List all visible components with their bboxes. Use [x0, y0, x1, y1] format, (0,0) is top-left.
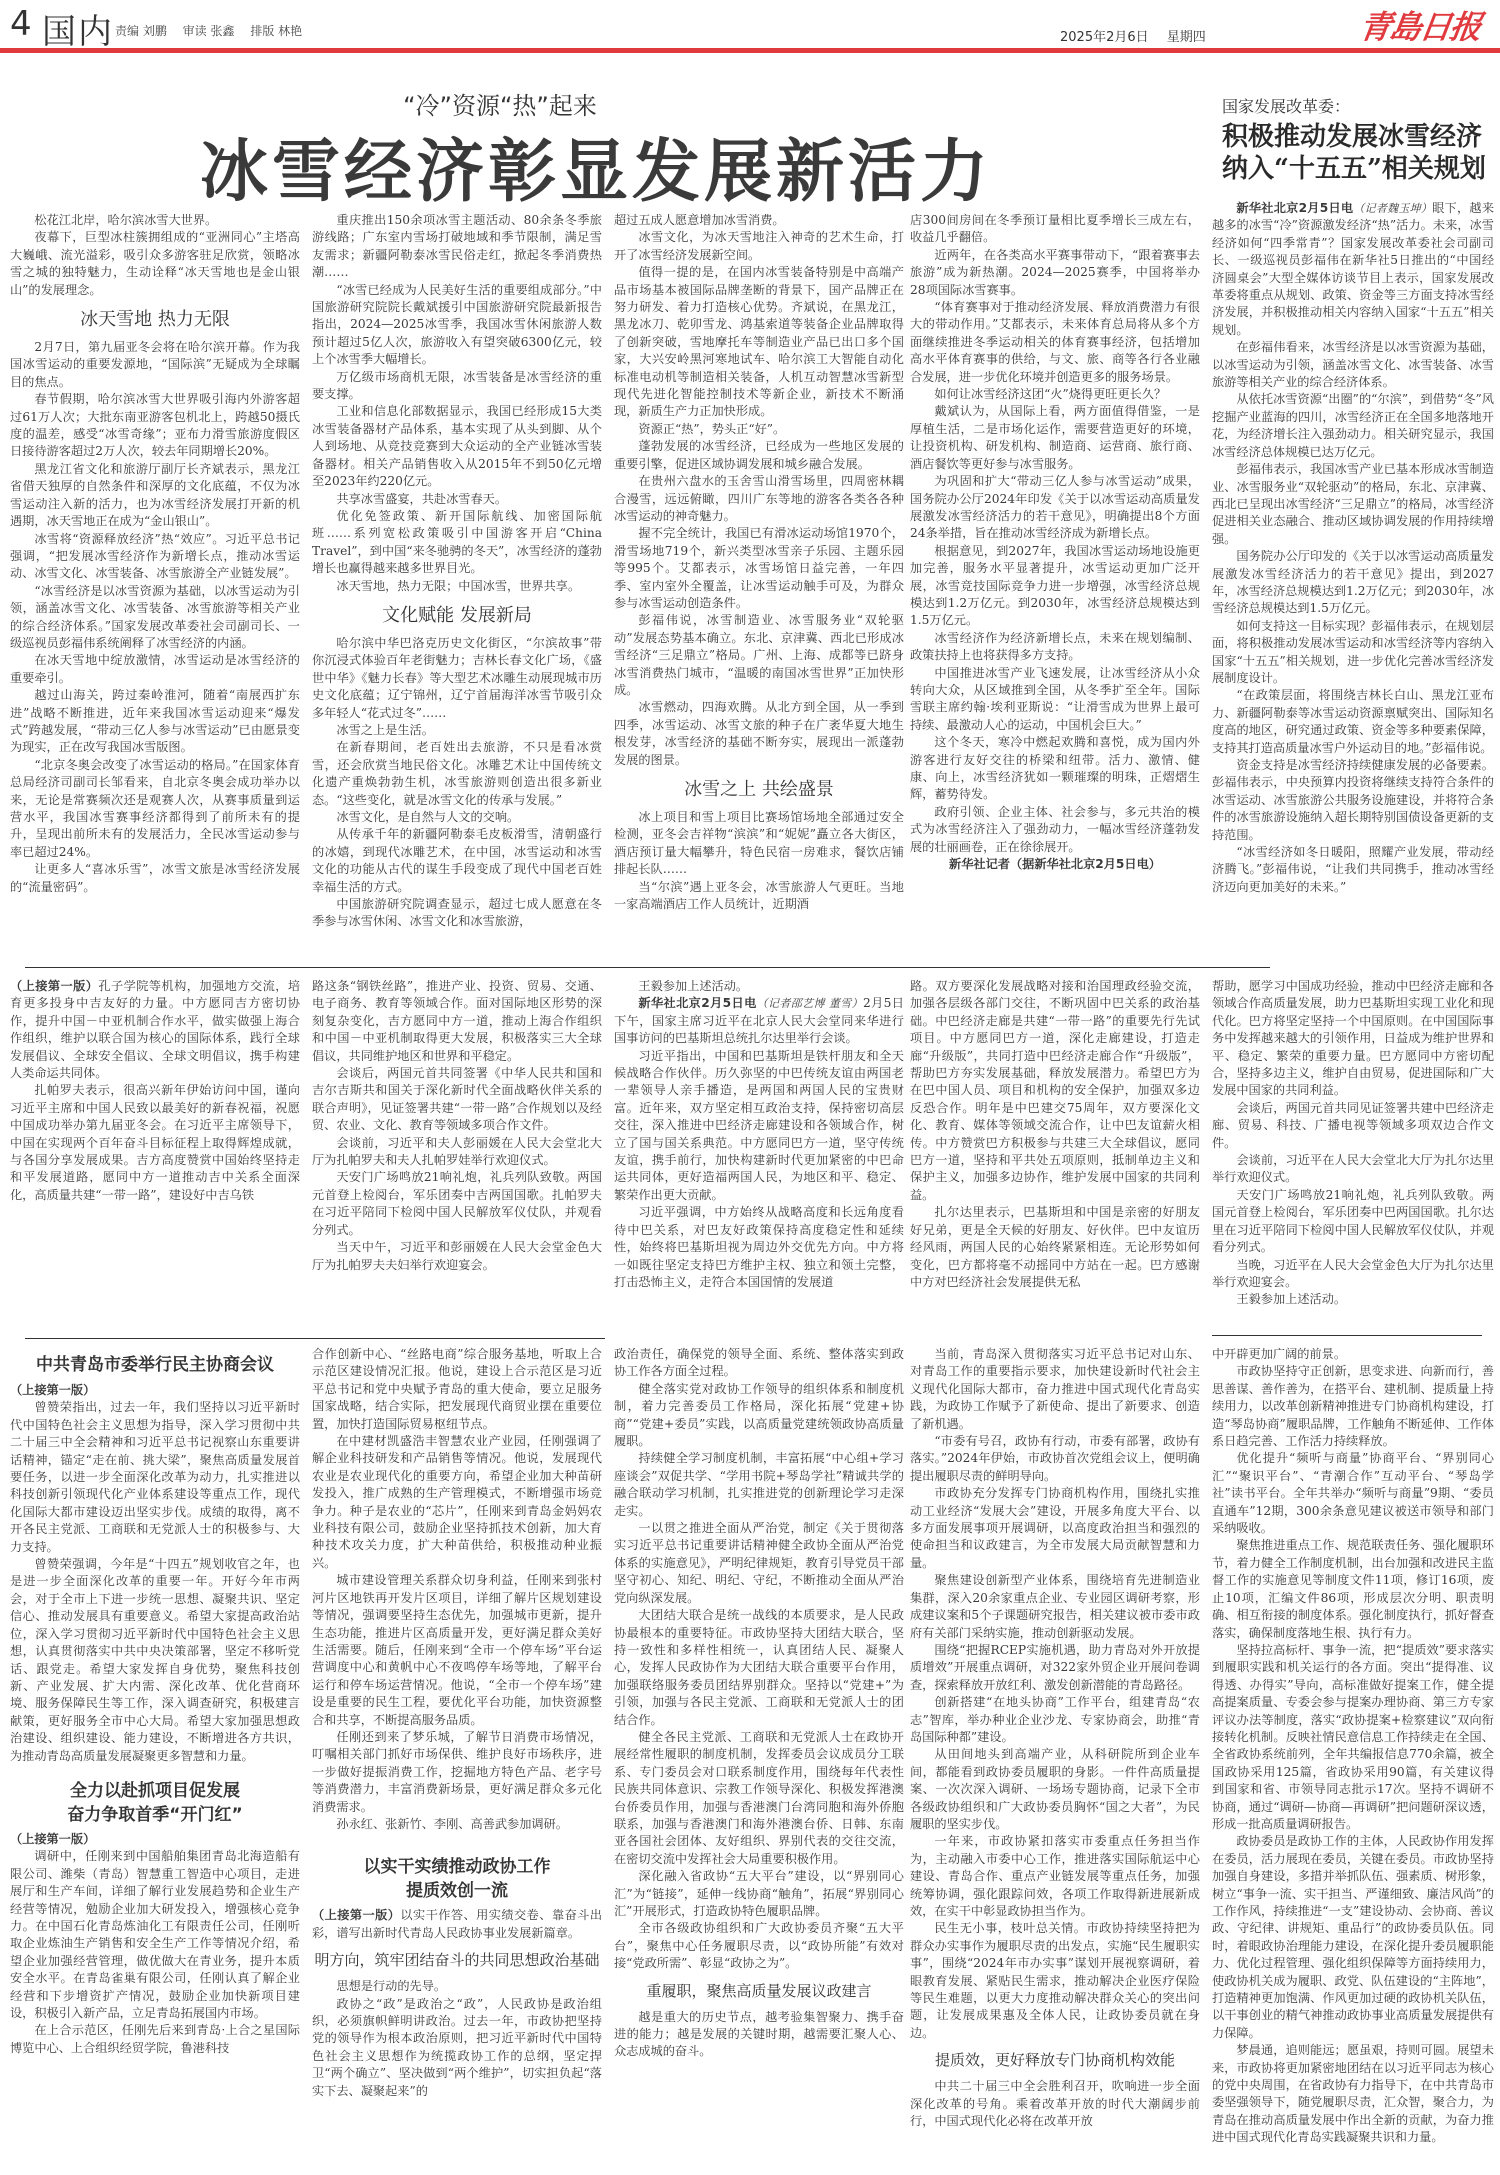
- subheading: 冰天雪地 热力无限: [10, 307, 300, 333]
- paragraph: 店300间房间在冬季预订量相比夏季增长三成左右，收益几乎翻倍。: [910, 212, 1200, 247]
- paragraph: 在新春期间，老百姓出去旅游，不只是看冰赏雪，还会欣赏当地民俗文化。冰雕艺术让中国…: [312, 739, 602, 809]
- paragraph: 中开辟更加广阔的前景。: [1212, 1346, 1494, 1363]
- paragraph: 哈尔滨中华巴洛克历史文化街区，“尔滨故事”带你沉浸式体验百年老街魅力；吉林长春文…: [312, 635, 602, 722]
- main-col-3: 超过五成人愿意增加冰雪消费。 冰雪文化，为冰天雪地注入神奇的艺术生命，打开了冰雪…: [614, 212, 904, 957]
- paragraph: “体育赛事对于推动经济发展、释放消费潜力有很大的带动作用。”艾都表示，未来体育总…: [910, 299, 1200, 386]
- masthead-red-rule: [0, 48, 1500, 53]
- main-col-1: 松花江北岸，哈尔滨冰雪大世界。 夜幕下，巨型冰柱簇拥组成的“亚洲同心”主塔高大巍…: [10, 212, 300, 957]
- section-divider: [25, 967, 1270, 968]
- paragraph: 从依托冰雪资源“出圈”的“尔滨”，到借势“冬”风挖掘产业蓝海的四川，冰雪经济正在…: [1212, 391, 1494, 461]
- paragraph: 值得一提的是，在国内冰雪装备特别是中高端产品市场基本被国际品牌垄断的背景下，国产…: [614, 264, 904, 421]
- main-col-4: 店300间房间在冬季预订量相比夏季增长三成左右，收益几乎翻倍。 近两年，在各类高…: [910, 212, 1200, 957]
- weekday-text: 星期四: [1167, 30, 1206, 45]
- paragraph: 聚焦建设创新型产业体系，围绕培育先进制造业集群，深入20余家重点企业、专业园区调…: [910, 1572, 1200, 1642]
- title-line: 提质效创一流: [312, 1879, 602, 1903]
- paragraph: 为巩固和扩大“带动三亿人参与冰雪运动”成果，国务院办公厅2024年印发《关于以冰…: [910, 473, 1200, 543]
- paragraph: 天安门广场鸣放21响礼炮，礼兵列队致敬。两国元首登上检阅台，军乐团奏中巴两国国歌…: [1212, 1187, 1494, 1257]
- paragraph: 围绕“把握RCEP实施机遇，助力青岛对外开放提质增效”开展重点调研，对322家外…: [910, 1642, 1200, 1694]
- paragraph: 路这条“钢铁丝路”，推进产业、投资、贸易、交通、电子商务、教育等领域合作。面对国…: [312, 978, 602, 1065]
- diplomacy-col-3: 王毅参加上述活动。 新华社北京2月5日电（记者邵艺博 董雪）2月5日下午，国家主…: [614, 978, 904, 1318]
- paragraph: 越过山海关，跨过秦岭淮河，随着“南展西扩东进”战略不断推进，近年来我国冰雪运动迎…: [10, 687, 300, 757]
- paragraph: 冰雪燃动，四海欢腾。从北方到全国，从一季到四季，冰雪运动、冰雪文旅的种子在广袤华…: [614, 699, 904, 769]
- paragraph: 会谈后，两国元首共同见证签署共建中巴经济走廊、贸易、科技、广播电视等领域多项双边…: [1212, 1100, 1494, 1152]
- paragraph: 优化免签政策、新开国际航线、加密国际航班……系列宽松政策吸引中国游客开启“Chi…: [312, 508, 602, 578]
- paragraph: 彭福伟表示，我国冰雪产业已基本形成冰雪制造业、冰雪服务业“双轮驱动”的格局，东北…: [1212, 461, 1494, 548]
- side-kicker: 国家发展改革委：: [1222, 94, 1492, 117]
- paragraph: 合作创新中心、“丝路电商”综合服务基地，听取上合示范区建设情况汇报。他说，建设上…: [312, 1346, 602, 1433]
- paragraph: 松花江北岸，哈尔滨冰雪大世界。: [10, 212, 300, 229]
- paragraph: 市政协充分发挥专门协商机构作用，围绕扎实推动工业经济“发展大会”建设，开展多角度…: [910, 1485, 1200, 1572]
- side-title-line2: 纳入“十五五”相关规划: [1222, 153, 1492, 185]
- paragraph: 任刚还到来了梦乐城，了解节日消费市场情况，叮嘱相关部门抓好市场保供、维护良好市场…: [312, 1729, 602, 1816]
- paragraph: “冰雪经济是以冰雪资源为基础，以冰雪运动为引领，涵盖冰雪文化、冰雪装备、冰雪旅游…: [10, 583, 300, 653]
- paragraph: 当晚，习近平在人民大会堂金色大厅为扎尔达里举行欢迎宴会。: [1212, 1257, 1494, 1292]
- paragraph: 王毅参加上述活动。: [1212, 1291, 1494, 1308]
- paragraph: 调研中，任刚来到中国船舶集团青岛北海造船有限公司、潍柴（青岛）智慧重工智造中心项…: [10, 1848, 300, 2022]
- continued-label: （上接第一版）: [312, 1908, 400, 1922]
- local-col-2: 合作创新中心、“丝路电商”综合服务基地，听取上合示范区建设情况汇报。他说，建设上…: [312, 1346, 602, 2175]
- paragraph: 思想是行动的先导。: [312, 1978, 602, 1995]
- paragraph: 会谈前，习近平和夫人彭丽媛在人民大会堂北大厅为扎帕罗夫和夫人扎帕罗娃举行欢迎仪式…: [312, 1135, 602, 1170]
- side-story-header: 国家发展改革委： 积极推动发展冰雪经济 纳入“十五五”相关规划: [1222, 94, 1492, 185]
- date-text: 2025年2月6日: [1060, 30, 1149, 45]
- title-line: 以实干实绩推动政协工作: [312, 1855, 602, 1879]
- main-headline: 冰雪经济彰显发展新活力: [200, 118, 980, 215]
- local-col-4: 当前，青岛深入贯彻落实习近平总书记对山东、对青岛工作的重要指示要求，加快建设新时…: [910, 1346, 1200, 2175]
- credit-layout: 排版 林艳: [250, 24, 302, 38]
- paragraph: 孙永红、张新竹、李刚、高善武参加调研。: [312, 1816, 602, 1833]
- paragraph: 中国推进冰雪产业飞速发展，让冰雪经济从小众转向大众，从区域推到全国，从冬季扩至全…: [910, 665, 1200, 735]
- story-signoff: 新华社记者（据新华社北京2月5日电）: [910, 856, 1200, 873]
- paragraph: 在中建材凯盛浩丰智慧农业产业园，任刚强调了解企业科技研发和产品销售等情况。他说，…: [312, 1433, 602, 1572]
- paragraph: 戴斌认为，从国际上看，两方面值得借鉴，一是厚植生活，二是市场化运作，需要营造更好…: [910, 403, 1200, 473]
- title-line: 全力以赴抓项目促发展: [10, 1779, 300, 1803]
- main-col-2: 重庆推出150余项冰雪主题活动、80余条冬季旅游线路；广东室内雪场打破地域和季节…: [312, 212, 602, 957]
- subheading: 文化赋能 发展新局: [312, 603, 602, 629]
- paragraph: 握不完全统计，我国已有滑冰运动场馆1970个，滑雪场地719个，新兴类型冰雪亲子…: [614, 525, 904, 612]
- paragraph: “北京冬奥会改变了冰雪运动的格局。”在国家体育总局经济司副司长邹看来，自北京冬奥…: [10, 757, 300, 861]
- issue-date: 2025年2月6日 星期四: [1060, 26, 1220, 45]
- dateline: 新华社北京2月5日电: [638, 996, 756, 1010]
- continued-label: （上接第一版）: [10, 1831, 300, 1848]
- paragraph: （上接第一版）以实干作答、用实绩交卷、靠奋斗出彩，谱写出新时代青岛人民政协事业发…: [312, 1907, 602, 1942]
- paragraph: （上接第一版）孔子学院等机构，加强地方交流，培育更多投身中吉友好的力量。中方愿同…: [10, 978, 300, 1082]
- subheading: 提质效，更好释放专门协商机构效能: [910, 2048, 1200, 2072]
- paragraph: 夜幕下，巨型冰柱簇拥组成的“亚洲同心”主塔高大巍峨、流光溢彩，吸引众多游客驻足欣…: [10, 229, 300, 299]
- paragraph: 健全各民主党派、工商联和无党派人士在政协开展经常性履职的制度机制，发挥委员会议成…: [614, 1729, 904, 1868]
- paragraph: 创新搭建“在地头协商”工作平台，组建青岛“农志”智库，举办种业企业沙龙、专家协商…: [910, 1694, 1200, 1746]
- subheading: 重履职，聚焦高质量发展议政建言: [614, 1979, 904, 2003]
- paragraph: 工业和信息化部数据显示，我国已经形成15大类冰雪装备器材产品体系，基本实现了从头…: [312, 403, 602, 490]
- paragraph: 天安门广场鸣放21响礼炮，礼兵列队致敬。两国元首登上检阅台，军乐团奏中吉两国国歌…: [312, 1169, 602, 1239]
- paragraph: 重庆推出150余项冰雪主题活动、80余条冬季旅游线路；广东室内雪场打破地域和季节…: [312, 212, 602, 282]
- paragraph: 会谈后，两国元首共同签署《中华人民共和国和吉尔吉斯共和国关于深化新时代全面战略伙…: [312, 1065, 602, 1135]
- paragraph: “冰雪经济如冬日暖阳，照耀产业发展，带动经济腾飞。”彭福伟说，“让我们共同携手，…: [1212, 844, 1494, 896]
- paragraph: 超过五成人愿意增加冰雪消费。: [614, 212, 904, 229]
- paragraph: 政协之“政”是政治之“政”，人民政协是政治组织，必须旗帜鲜明讲政治。过去一年，市…: [312, 1996, 602, 2100]
- paragraph: 冰雪经济作为经济新增长点，未来在规划编制、政策扶持上也将获得多方支持。: [910, 630, 1200, 665]
- paragraph: 深化融入省政协“五大平台”建设，以“界别同心汇”为“链接”，延伸一线协商“触角”…: [614, 1868, 904, 1920]
- paragraph: 共享冰雪盛宴，共赴冰雪春天。: [312, 491, 602, 508]
- paragraph: 政治责任，确保党的领导全面、系统、整体落实到政协工作各方面全过程。: [614, 1346, 904, 1381]
- lead-text: 眼下，越来越多的冰雪“冷”资源激发经济“热”活力。未来，冰雪经济如何“四季常青”…: [1212, 201, 1494, 337]
- paragraph: 2月7日，第九届亚冬会将在哈尔滨开幕。作为我国冰雪运动的重要发源地，“国际滨”无…: [10, 339, 300, 391]
- local-col-3: 政治责任，确保党的领导全面、系统、整体落实到政协工作各方面全过程。 健全落实党对…: [614, 1346, 904, 2175]
- paragraph: 市政协坚持守正创新，思变求进、向新而行，善思善谋、善作善为，在搭平台、建机制、提…: [1212, 1363, 1494, 1450]
- paragraph: 彭福伟说，冰雪制造业、冰雪服务业“双轮驱动”发展态势基本确立。东北、京津冀、西北…: [614, 612, 904, 699]
- paragraph: 越是重大的历史节点，越考验集智聚力、携手奋进的能力；越是发展的关键时期，越需要汇…: [614, 2009, 904, 2061]
- reporter: （记者邵艺博 董雪）: [757, 997, 863, 1010]
- paragraph: 王毅参加上述活动。: [614, 978, 904, 995]
- paragraph: 会谈前，习近平在人民大会堂北大厅为扎尔达里举行欢迎仪式。: [1212, 1152, 1494, 1187]
- paragraph: 城市建设管理关系群众切身利益，任刚来到张村河片区地铁再开发片区项目，详细了解片区…: [312, 1572, 602, 1729]
- paragraph: “市委有号召，政协有行动，市委有部署，政协有落实。”2024年伊始，市政协首次党…: [910, 1433, 1200, 1485]
- paragraph: 如何支持这一目标实现？彭福伟表示，在规划层面，将积极推动发展冰雪运动和冰雪经济等…: [1212, 618, 1494, 688]
- paragraph: 帮助，愿学习中国成功经验，推动中巴经济走廊和各领域合作高质量发展，助力巴基斯坦实…: [1212, 978, 1494, 1100]
- side-title-line1: 积极推动发展冰雪经济: [1222, 121, 1492, 153]
- paragraph: 全市各级政协组织和广大政协委员齐聚“五大平台”，聚焦中心任务履职尽责，以“政协所…: [614, 1920, 904, 1972]
- masthead: 4 国内 责编 刘鹏 审读 张鑫 排版 林艳 2025年2月6日 星期四 青島日…: [0, 0, 1500, 52]
- paragraph: 根据意见，到2027年，我国冰雪运动场地设施更加完善，服务水平显著提升，冰雪运动…: [910, 543, 1200, 630]
- continued-label: （上接第一版）: [10, 1382, 300, 1399]
- paragraph: 在冰天雪地中绽放激情，冰雪运动是冰雪经济的重要牵引。: [10, 652, 300, 687]
- credit-editor: 责编 刘鹏: [115, 24, 167, 38]
- paragraph: 梦晨通，追则能远；愿虽艰，持则可圆。展望未来，市政协将更加紧密地团结在以习近平同…: [1212, 2042, 1494, 2146]
- paragraph: 冰雪文化，是自然与人文的交响。: [312, 809, 602, 826]
- subheading: 明方向，筑牢团结奋斗的共同思想政治基础: [312, 1948, 602, 1972]
- paragraph: 一以贯之推进全面从严治党，制定《关于贯彻落实习近平总书记重要讲话精神健全政协全面…: [614, 1520, 904, 1607]
- paragraph-text: 孔子学院等机构，加强地方交流，培育更多投身中吉友好的力量。中方愿同吉方密切协作，…: [10, 979, 300, 1080]
- side-story-column: 新华社北京2月5日电（记者魏玉坤）眼下，越来越多的冰雪“冷”资源激发经济“热”活…: [1212, 200, 1494, 960]
- paragraph: 优化提升“频听与商量”协商平台、“界别同心汇”“聚识平台”、“青潮合作”互动平台…: [1212, 1450, 1494, 1537]
- paragraph: 习近平强调，中方始终从战略高度和长远角度看待中巴关系，对巴友好政策保持高度稳定性…: [614, 1204, 904, 1291]
- paragraph: 冰雪将“资源释放经济”热“效应”。习近平总书记强调，“把发展冰雪经济作为新增长点…: [10, 531, 300, 583]
- main-kicker: “冷”资源“热”起来: [200, 86, 800, 121]
- paragraph: 民生无小事，枝叶总关情。市政协持续坚持把为群众办实事作为履职尽责的出发点，实施“…: [910, 1920, 1200, 2042]
- paragraph: 冰天雪地，热力无限；中国冰雪，世界共享。: [312, 578, 602, 595]
- paragraph: 聚焦推进重点工作、规范联责任务、强化履职环节，着力健全工作制度机制，出台加强和改…: [1212, 1537, 1494, 1641]
- paragraph: 当“尔滨”遇上亚冬会，冰雪旅游人气更旺。当地一家高端酒店工作人员统计，近期酒: [614, 879, 904, 914]
- paragraph: 万亿级市场商机无限，冰雪装备是冰雪经济的重要支撑。: [312, 369, 602, 404]
- credit-proofreader: 审读 张鑫: [183, 24, 235, 38]
- side-lead-paragraph: 新华社北京2月5日电（记者魏玉坤）眼下，越来越多的冰雪“冷”资源激发经济“热”活…: [1212, 200, 1494, 339]
- paragraph: 中国旅游研究院调查显示，超过七成人愿意在冬季参与冰雪休闲、冰雪文化和冰雪旅游，: [312, 896, 602, 931]
- subheading: 冰雪之上 共绘盛景: [614, 777, 904, 803]
- paragraph: 健全落实党对政协工作领导的组织体系和制度机制，着力完善委员工作格局，深化拓展“党…: [614, 1381, 904, 1451]
- paragraph: “冰雪已经成为人民美好生活的重要组成部分。”中国旅游研究院院长戴斌援引中国旅游研…: [312, 282, 602, 369]
- paragraph: 持续健全学习制度机制，丰富拓展“中心组+学习座谈会”双促共学、“学用书院+琴岛学…: [614, 1450, 904, 1520]
- paragraph: 资金支持是冰雪经济持续健康发展的必备要素。彭福伟表示，中央预算内投资将继续支持符…: [1212, 757, 1494, 844]
- paragraph: 扎帕罗夫表示，很高兴新年伊始访问中国，谨向习近平主席和中国人民致以最美好的新春祝…: [10, 1082, 300, 1204]
- paragraph: 中共二十届三中全会胜利召开，吹响进一步全面深化改革的号角。乘着改革开放的时代大潮…: [910, 2078, 1200, 2130]
- paragraph: 蓬勃发展的冰雪经济，已经成为一些地区发展的重要引擎，促进区域协调发展和城乡融合发…: [614, 438, 904, 473]
- editor-credits: 责编 刘鹏 审读 张鑫 排版 林艳: [115, 22, 314, 39]
- paragraph: 冰上项目和雪上项目比赛场馆场地全部通过安全检测，亚冬会吉祥物“滨滨”和“妮妮”矗…: [614, 809, 904, 879]
- paragraph: 让更多人“喜冰乐雪”，冰雪文旅是冰雪经济发展的“流量密码”。: [10, 861, 300, 896]
- paragraph: 在贵州六盘水的玉舍雪山滑雪场里，四周密林耦合漫雪，远远俯瞰，四川广东等地的游客各…: [614, 473, 904, 525]
- title-line: 奋力争取首季“开门红”: [10, 1803, 300, 1827]
- paragraph: 从田间地头到高端产业，从科研院所到企业车间，都能看到政协委员履职的身影。一件件高…: [910, 1746, 1200, 1833]
- section-divider: [25, 1338, 605, 1339]
- continued-label: （上接第一版）: [10, 979, 98, 993]
- paragraph: 一年来，市政协紧扣落实市委重点任务担当作为，主动融入市委中心工作，推进落实国际航…: [910, 1833, 1200, 1920]
- paragraph: 扎尔达里表示，巴基斯坦和中国是亲密的好朋友好兄弟，更是全天候的好朋友、好伙伴。巴…: [910, 1204, 1200, 1291]
- article-title-cppcc: 以实干实绩推动政协工作 提质效创一流: [312, 1855, 602, 1903]
- paragraph: 坚持拉高标杆、事争一流，把“提质效”要求落实到履职实践和机关运行的各方面。突出“…: [1212, 1642, 1494, 1833]
- diplomacy-col-1: （上接第一版）孔子学院等机构，加强地方交流，培育更多投身中吉友好的力量。中方愿同…: [10, 978, 300, 1318]
- paragraph: 冰雪文化，为冰天雪地注入神奇的艺术生命，打开了冰雪经济发展新空间。: [614, 229, 904, 264]
- paragraph: 在彭福伟看来，冰雪经济是以冰雪资源为基础，以冰雪运动为引领，涵盖冰雪文化、冰雪装…: [1212, 339, 1494, 391]
- paragraph: 政府引领、企业主体、社会参与，多元共治的模式为冰雪经济注入了强劲动力，一幅冰雪经…: [910, 804, 1200, 856]
- article-title-democratic-consultation: 中共青岛市委举行民主协商会议: [10, 1352, 300, 1378]
- diplomacy-col-2: 路这条“钢铁丝路”，推进产业、投资、贸易、交通、电子商务、教育等领域合作。面对国…: [312, 978, 602, 1318]
- paragraph: 这个冬天，寒冷中燃起欢腾和喜悦，成为国内外游客进行友好交往的桥梁和纽带。活力、激…: [910, 734, 1200, 804]
- paragraph: 当天中午，习近平和彭丽媛在人民大会堂金色大厅为扎帕罗夫夫妇举行欢迎宴会。: [312, 1239, 602, 1274]
- paragraph: 新华社北京2月5日电（记者邵艺博 董雪）2月5日下午，国家主席习近平在北京人民大…: [614, 995, 904, 1047]
- paragraph: 习近平指出，中国和巴基斯坦是铁杆朋友和全天候战略合作伙伴。历久弥坚的中巴传统友谊…: [614, 1048, 904, 1205]
- paragraph: 资源正“热”，势头正“好”。: [614, 421, 904, 438]
- paragraph: 当前，青岛深入贯彻落实习近平总书记对山东、对青岛工作的重要指示要求，加快建设新时…: [910, 1346, 1200, 1433]
- paragraph: 政协委员是政协工作的主体，人民政协作用发挥在委员，活力展现在委员，关键在委员。市…: [1212, 1833, 1494, 2042]
- section-divider: [1212, 1335, 1482, 1336]
- paragraph: 如何让冰雪经济这团“火”烧得更旺更长久？: [910, 386, 1200, 403]
- paragraph: 黑龙江省文化和旅游厅副厅长齐斌表示，黑龙江省借天独厚的自然条件和深厚的文化底蕴，…: [10, 461, 300, 531]
- paragraph: 大团结大联合是统一战线的本质要求，是人民政协最根本的重要特征。市政协坚持大团结大…: [614, 1607, 904, 1729]
- diplomacy-col-4: 路。双方要深化发展战略对接和治国理政经验交流，加强各层级各部门交往，不断巩固中巴…: [910, 978, 1200, 1318]
- paragraph: “在政策层面，将围绕吉林长白山、黑龙江亚布力、新疆阿勒泰等冰雪运动资源禀赋突出、…: [1212, 687, 1494, 757]
- paragraph: 冰雪之上是生活。: [312, 722, 602, 739]
- article-title-projects: 全力以赴抓项目促发展 奋力争取首季“开门红”: [10, 1779, 300, 1827]
- paragraph: 在上合示范区，任刚先后来到青岛·上合之星国际博览中心、上合组织经贸学院，鲁港科技: [10, 2022, 300, 2057]
- dateline: 新华社北京2月5日电: [1236, 201, 1353, 215]
- paragraph: 春节假期，哈尔滨冰雪大世界吸引海内外游客超过61万人次；大批东南亚游客包机北上，…: [10, 391, 300, 461]
- local-col-1: 中共青岛市委举行民主协商会议 （上接第一版） 曾赞荣指出，过去一年，我们坚持以习…: [10, 1346, 300, 2175]
- page-number: 4: [10, 4, 40, 44]
- paragraph: 国务院办公厅印发的《关于以冰雪运动高质量发展激发冰雪经济活力的若干意见》提出，到…: [1212, 548, 1494, 618]
- paragraph: 近两年，在各类高水平赛事带动下，“跟着赛事去旅游”成为新热潮。2024—2025…: [910, 247, 1200, 299]
- newspaper-logo: 青島日报: [1357, 2, 1483, 48]
- reporter: （记者魏玉坤）: [1353, 202, 1432, 215]
- paragraph: 路。双方要深化发展战略对接和治国理政经验交流，加强各层级各部门交往，不断巩固中巴…: [910, 978, 1200, 1204]
- local-col-5: 中开辟更加广阔的前景。 市政协坚持守正创新，思变求进、向新而行，善思善谋、善作善…: [1212, 1346, 1494, 2175]
- diplomacy-col-5: 帮助，愿学习中国成功经验，推动中巴经济走廊和各领域合作高质量发展，助力巴基斯坦实…: [1212, 978, 1494, 1318]
- section-name: 国内: [42, 4, 114, 53]
- paragraph: 曾赞荣强调，今年是“十四五”规划收官之年，也是进一步全面深化改革的重要一年。开好…: [10, 1556, 300, 1765]
- paragraph: 曾赞荣指出，过去一年，我们坚持以习近平新时代中国特色社会主义思想为指导，深入学习…: [10, 1399, 300, 1556]
- paragraph: 从传承千年的新疆阿勒泰毛皮板滑雪，清朝盛行的冰嬉，到现代冰雕艺术，在中国，冰雪运…: [312, 826, 602, 896]
